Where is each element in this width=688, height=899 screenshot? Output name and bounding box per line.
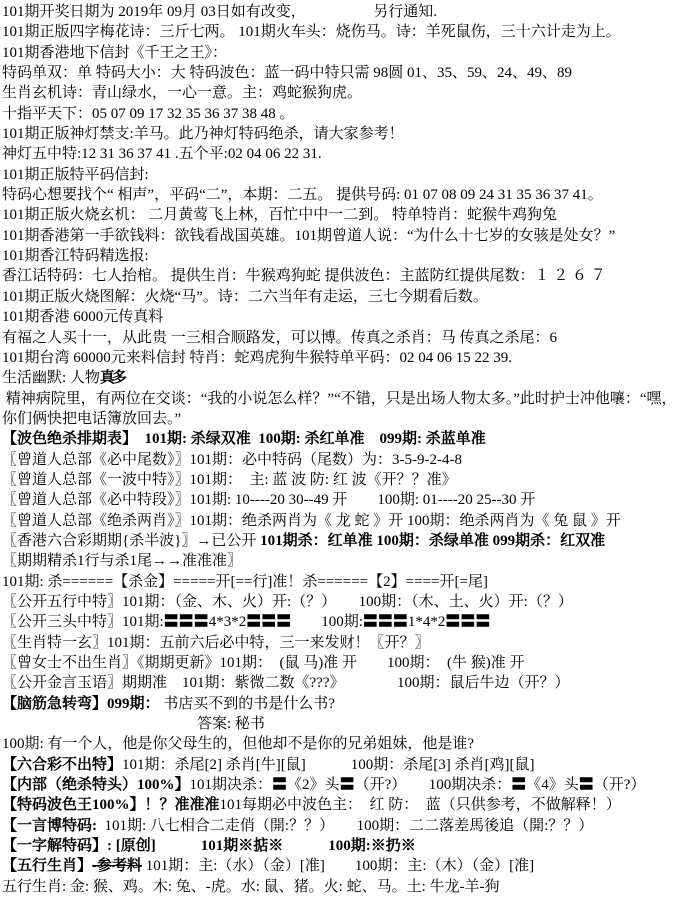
text-segment: 1*4*2 [408,614,446,630]
text-line: 101期正版特平码信封: [2,165,688,185]
text-segment: 101期台湾 60000元来料信封 特肖：蛇鸡虎狗牛猴特单平码：02 04 06… [2,350,512,366]
text-segment: 101期: 八七相合二走俏（開:？？） 100期：二二落差馬後追（開:？？） [97,818,593,834]
text-line: 五行生肖: 金: 猴、鸡。木: 兔、-虎。水: 鼠、猪。火: 蛇、马。土: 牛龙… [2,877,688,897]
text-segment: 【波色绝杀排期表】 101期: 杀绿双准 100期: 杀红单准 099期: 杀蓝… [2,431,486,447]
text-segment: 101期正版四字梅花诗：三斤七两。 101期火车头：烧伤马。诗：羊死鼠伤，三十六… [2,24,621,40]
text-line: 101期香江特码精选报: [2,246,688,266]
text-segment: 4*3*2 [209,614,247,630]
text-segment: 〖香港六合彩期期{杀半波}〗→已公开 [2,533,260,549]
text-segment: 香江话特码：七人抬棺。 提供生肖：牛猴鸡狗蛇 提供波色：主蓝防红提供尾数：１ ２… [2,268,606,284]
text-line: 〖生肖特一玄〗101期：五前六后必中特，三一来发财！〖开？〗 [2,633,688,653]
text-segment: 神灯五中特:12 31 36 37 41 .五个平:02 04 06 22 31… [2,146,322,162]
text-line: 〖曾道人总部《一波中特》〗101期： 主: 蓝 波 防: 红 波《开？？准》 [2,470,688,490]
text-line: 101期: 杀======【杀金】=====开[==行]准！杀======【2】… [2,572,688,592]
text-segment: 101期开奖日期为 2019年 09月 03日如有改变， 另行通知. [2,4,437,20]
text-segment: 《2》头 [287,777,340,793]
text-segment: 101期※掂※ 100期:※扔※ [201,838,416,854]
text-segment: 【一字解特码】: [原创] [2,838,201,854]
text-segment: 五行生肖: 金: 猴、鸡。木: 兔、-虎。水: 鼠、猪。火: 蛇、马。土: 牛龙… [2,879,500,895]
text-line: 101期香港 6000元传真料 [2,307,688,327]
text-segment: （开?） [594,777,646,793]
text-line: 生活幽默: 人物真多 [2,368,688,388]
text-line: 101期香港第一手欲钱料：欲钱看战国英雄。101期曾道人说：“为什么十七岁的女骇… [2,226,688,246]
text-segment: 〓〓〓 [164,614,209,630]
text-segment: 〖期期精杀1行与杀1尾→→准准准〗 [2,553,242,569]
text-segment: 101期正版神灯禁支:羊马。此乃神灯特码绝杀，请大家参考！ [2,126,404,142]
text-line: 【六合彩不出特】101期：杀尾[2] 杀肖[牛][鼠] 100期：杀尾[3] 杀… [2,755,688,775]
text-segment: 101期正版火烧玄机： 二月黄莺飞上林，百忙中中一二到。 特单特肖：蛇猴牛鸡狗兔 [2,207,557,223]
text-segment: （开?） 100期决杀： [355,777,512,793]
text-line: 【特码波色王100%】！？准准准101每期必中波色主： 红 防： 蓝（只供参考，… [2,795,688,815]
text-segment: 〖曾道人总部《必中尾数》〗101期：必中特码（尾数）为：3-5-9-2-4-8 [2,452,462,468]
text-segment: 〓〓〓 [445,614,490,630]
text-segment: 101期香港 6000元传真料 [2,309,163,325]
text-line: 〖曾道人总部《必中特段》〗101期: 10----20 30--49 开 100… [2,490,688,510]
text-segment: 〖公开五行中特〗101期：（金、木、火）开:（？） 100期：（木、土、火）开:… [2,594,573,610]
text-segment: 〓 [272,777,287,793]
text-segment: 〓〓〓 [246,614,291,630]
text-segment: 十指平天下：05 07 09 17 32 35 36 37 38 48 。 [2,106,295,122]
text-line: 〖公开三头中特〗101期:〓〓〓4*3*2〓〓〓 100期:〓〓〓1*4*2〓〓… [2,612,688,632]
text-line: 有福之人买十一，从此贵 一三相合顺路发，可以博。传真之杀肖：马 传真之杀尾：6 [2,328,688,348]
text-segment: 特码心想要找个“ 相声”，平码“二”，本期：二五。 提供号码: 01 07 08… [2,187,603,203]
text-segment: 101期正版特平码信封: [2,167,149,183]
text-line: 〖公开五行中特〗101期：（金、木、火）开:（？） 100期：（木、土、火）开:… [2,592,688,612]
text-line: 【一言博特码: 101期: 八七相合二走俏（開:？？） 100期：二二落差馬後追… [2,816,688,836]
text-segment: 101每期必中波色主： 红 防： 蓝（只供参考，不做解释！） [220,797,621,813]
text-segment: 〖公开金言玉语〗期期准 101期：紫微二数《???》 100期：鼠后牛边（开？） [2,675,569,691]
text-line: 101期正版火烧图解：火烧“马”。诗：二六当年有走运，三七今期看后数。 [2,287,688,307]
text-segment: 101期香港地下信封《千王之王》： [2,45,227,61]
text-segment: 真多 [100,370,124,386]
text-line: 〖香港六合彩期期{杀半波}〗→已公开 101期杀：红单准 100期：杀绿单准 0… [2,531,688,551]
text-line: 香江话特码：七人抬棺。 提供生肖：牛猴鸡狗蛇 提供波色：主蓝防红提供尾数：１ ２… [2,266,688,286]
text-line: 101期香港地下信封《千王之王》： [2,43,688,63]
text-segment: 有福之人买十一，从此贵 一三相合顺路发，可以博。传真之杀肖：马 传真之杀尾：6 [2,330,557,346]
text-line: 答案: 秘书 [2,714,688,734]
text-segment: 你们俩快把电话簿放回去。” [2,411,181,427]
text-line: 101期正版火烧玄机： 二月黄莺飞上林，百忙中中一二到。 特单特肖：蛇猴牛鸡狗兔 [2,205,688,225]
text-line: 〖曾道人总部《必中尾数》〗101期：必中特码（尾数）为：3-5-9-2-4-8 [2,450,688,470]
text-line: 101期台湾 60000元来料信封 特肖：蛇鸡虎狗牛猴特单平码：02 04 06… [2,348,688,368]
text-segment: 100期: [291,614,363,630]
text-segment: 〖曾道人总部《一波中特》〗101期： 主: 蓝 波 防: 红 波《开？？准》 [2,472,457,488]
text-line: 你们俩快把电话簿放回去。” [2,409,688,429]
text-segment: 101期决杀： [190,777,273,793]
text-segment: 101期杀：红单准 100期：杀绿单准 099期杀：红双准 [260,533,605,549]
text-line: 【波色绝杀排期表】 101期: 杀绿双准 100期: 杀红单准 099期: 杀蓝… [2,429,688,449]
text-line: 101期开奖日期为 2019年 09月 03日如有改变， 另行通知. [2,2,688,22]
text-line: 十指平天下：05 07 09 17 32 35 36 37 38 48 。 [2,104,688,124]
text-segment: 〓 [579,777,594,793]
text-line: 生肖玄机诗：青山绿水，一心一意。主：鸡蛇猴狗虎。 [2,83,688,103]
text-segment: 生肖玄机诗：青山绿水，一心一意。主：鸡蛇猴狗虎。 [2,85,362,101]
text-segment: 《4》头 [526,777,579,793]
text-line: 〖期期精杀1行与杀1尾→→准准准〗 [2,551,688,571]
text-segment: -参考料 [92,858,142,874]
text-line: 〖公开金言玉语〗期期准 101期：紫微二数《???》 100期：鼠后牛边（开？） [2,673,688,693]
text-line: 特码心想要找个“ 相声”，平码“二”，本期：二五。 提供号码: 01 07 08… [2,185,688,205]
text-segment: 〓 [340,777,355,793]
text-segment: 答案: 秘书 [197,716,265,732]
text-line: 精神病院里，有两位在交谈：“我的小说怎么样？”“不错，只是出场人物太多。”此时护… [2,389,688,409]
text-segment: 生活幽默: 人物 [2,370,100,386]
text-segment: 101期: 杀======【杀金】=====开[==行]准！杀======【2】… [2,574,488,590]
text-line: 特码单双：单 特码大小：大 特码波色：蓝一码中特只需 98圆 01、35、59、… [2,63,688,83]
text-segment: 〖公开三头中特〗101期: [2,614,164,630]
text-segment: 【五行生肖】 [2,858,92,874]
text-line: 〖曾道人总部《绝杀两肖》〗101期：绝杀两肖为《 龙 蛇 》开 100期：绝杀两… [2,511,688,531]
text-segment: 特码单双：单 特码大小：大 特码波色：蓝一码中特只需 98圆 01、35、59、… [2,65,572,81]
text-segment: 【六合彩不出特】 [2,757,122,773]
text-line: 〖曾女士不出生肖〗《期期更新》101期： (鼠 马)准 开 100期： (牛 猴… [2,653,688,673]
text-segment: 〓〓〓 [363,614,408,630]
text-segment: 〖曾道人总部《必中特段》〗101期: 10----20 30--49 开 100… [2,492,535,508]
text-segment: 【一言博特码: [2,818,97,834]
text-line: 101期正版四字梅花诗：三斤七两。 101期火车头：烧伤马。诗：羊死鼠伤，三十六… [2,22,688,42]
text-segment: 书店买不到的书是什么书? [160,696,335,712]
text-line: 【内部（绝杀特头）100%】101期决杀：〓《2》头〓（开?） 100期决杀：〓… [2,775,688,795]
text-segment: 〖生肖特一玄〗101期：五前六后必中特，三一来发财！〖开？〗 [2,635,430,651]
text-segment: 101期香江特码精选报: [2,248,149,264]
text-segment: 【特码波色王100%】！？准准准 [2,797,220,813]
text-segment: 〖曾女士不出生肖〗《期期更新》101期： (鼠 马)准 开 100期： (牛 猴… [2,655,524,671]
text-line: 【脑筋急转弯】099期： 书店买不到的书是什么书? [2,694,688,714]
text-segment: 100期: 有一个人，他是你父母生的，但他却不是你的兄弟姐妹，他是谁? [2,736,474,752]
document-body: 101期开奖日期为 2019年 09月 03日如有改变， 另行通知.101期正版… [0,0,688,897]
text-segment: 101期：主:（水）（金）[准] 100期：主:（木）（金）[准] [142,858,534,874]
text-segment: 〓 [511,777,526,793]
text-line: 神灯五中特:12 31 36 37 41 .五个平:02 04 06 22 31… [2,144,688,164]
text-segment: 101期：杀尾[2] 杀肖[牛][鼠] 100期：杀尾[3] 杀肖[鸡][鼠] [122,757,534,773]
text-line: 100期: 有一个人，他是你父母生的，但他却不是你的兄弟姐妹，他是谁? [2,734,688,754]
text-segment: 【脑筋急转弯】099期： [2,696,160,712]
text-segment: 101期正版火烧图解：火烧“马”。诗：二六当年有走运，三七今期看后数。 [2,289,488,305]
text-line: 【一字解特码】: [原创] 101期※掂※ 100期:※扔※ [2,836,688,856]
text-segment: 【内部（绝杀特头）100%】 [2,777,190,793]
text-segment: 精神病院里，有两位在交谈：“我的小说怎么样？”“不错，只是出场人物太多。”此时护… [2,391,677,407]
text-line: 101期正版神灯禁支:羊马。此乃神灯特码绝杀，请大家参考！ [2,124,688,144]
text-line: 【五行生肖】-参考料 101期：主:（水）（金）[准] 100期：主:（木）（金… [2,856,688,876]
text-segment: 101期香港第一手欲钱料：欲钱看战国英雄。101期曾道人说：“为什么十七岁的女骇… [2,228,615,244]
text-segment: 〖曾道人总部《绝杀两肖》〗101期：绝杀两肖为《 龙 蛇 》开 100期：绝杀两… [2,513,621,529]
